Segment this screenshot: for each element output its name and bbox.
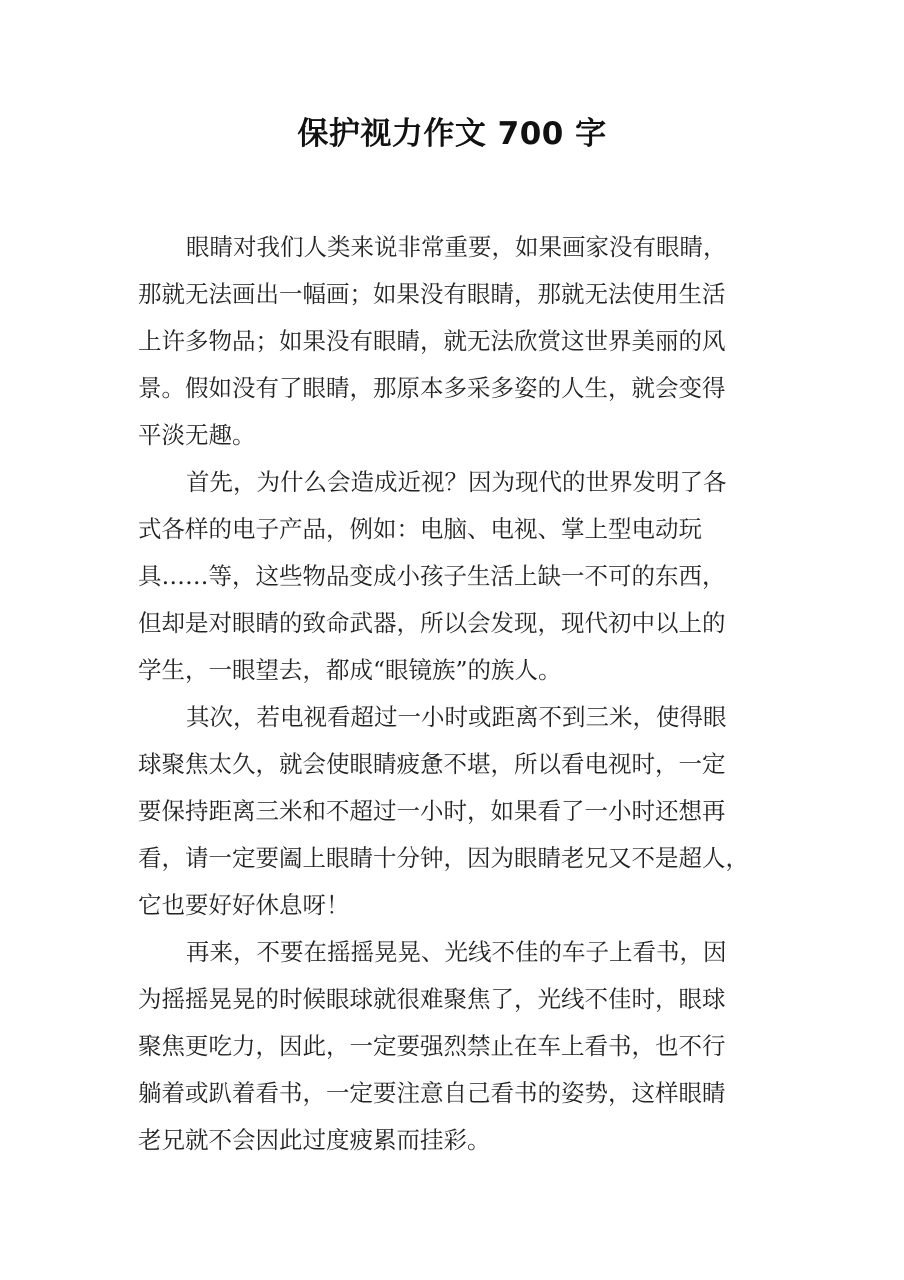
text-line: 为摇摇晃晃的时候眼球就很难聚焦了，光线不佳时，眼球	[138, 976, 778, 1023]
text-line: 景。假如没有了眼睛，那原本多采多姿的人生，就会变得	[138, 365, 778, 412]
text-line: 眼睛对我们人类来说非常重要，如果画家没有眼睛，	[138, 224, 778, 271]
text-line: 要保持距离三米和不超过一小时，如果看了一小时还想再	[138, 788, 778, 835]
text-line: 看，请一定要阖上眼睛十分钟，因为眼睛老兄又不是超人，	[138, 835, 778, 882]
text-line: 躺着或趴着看书，一定要注意自己看书的姿势，这样眼睛	[138, 1070, 778, 1117]
text-line: 球聚焦太久，就会使眼睛疲惫不堪，所以看电视时，一定	[138, 741, 778, 788]
text-line: 老兄就不会因此过度疲累而挂彩。	[138, 1117, 778, 1164]
paragraph-2: 首先，为什么会造成近视？因为现代的世界发明了各 式各样的电子产品，例如：电脑、电…	[138, 459, 778, 694]
paragraph-4: 再来，不要在摇摇晃晃、光线不佳的车子上看书，因 为摇摇晃晃的时候眼球就很难聚焦了…	[138, 929, 778, 1164]
text-line: 平淡无趣。	[138, 412, 778, 459]
text-line: 但却是对眼睛的致命武器，所以会发现，现代初中以上的	[138, 600, 778, 647]
text-line: 学生，一眼望去，都成“眼镜族”的族人。	[138, 647, 778, 694]
text-line: 首先，为什么会造成近视？因为现代的世界发明了各	[138, 459, 778, 506]
document-title: 保护视力作文 700 字	[0, 112, 904, 156]
text-line: 其次，若电视看超过一小时或距离不到三米，使得眼	[138, 694, 778, 741]
text-line: 式各样的电子产品，例如：电脑、电视、掌上型电动玩	[138, 506, 778, 553]
document-page: 保护视力作文 700 字 眼睛对我们人类来说非常重要，如果画家没有眼睛， 那就无…	[0, 0, 904, 1280]
text-line: 那就无法画出一幅画；如果没有眼睛，那就无法使用生活	[138, 271, 778, 318]
text-line: 聚焦更吃力，因此，一定要强烈禁止在车上看书，也不行	[138, 1023, 778, 1070]
text-line: 上许多物品；如果没有眼睛，就无法欣赏这世界美丽的风	[138, 318, 778, 365]
document-body: 眼睛对我们人类来说非常重要，如果画家没有眼睛， 那就无法画出一幅画；如果没有眼睛…	[138, 224, 778, 1164]
paragraph-3: 其次，若电视看超过一小时或距离不到三米，使得眼 球聚焦太久，就会使眼睛疲惫不堪，…	[138, 694, 778, 929]
text-line: 再来，不要在摇摇晃晃、光线不佳的车子上看书，因	[138, 929, 778, 976]
text-line: 它也要好好休息呀！	[138, 882, 778, 929]
text-line: 具……等，这些物品变成小孩子生活上缺一不可的东西，	[138, 553, 778, 600]
paragraph-1: 眼睛对我们人类来说非常重要，如果画家没有眼睛， 那就无法画出一幅画；如果没有眼睛…	[138, 224, 778, 459]
